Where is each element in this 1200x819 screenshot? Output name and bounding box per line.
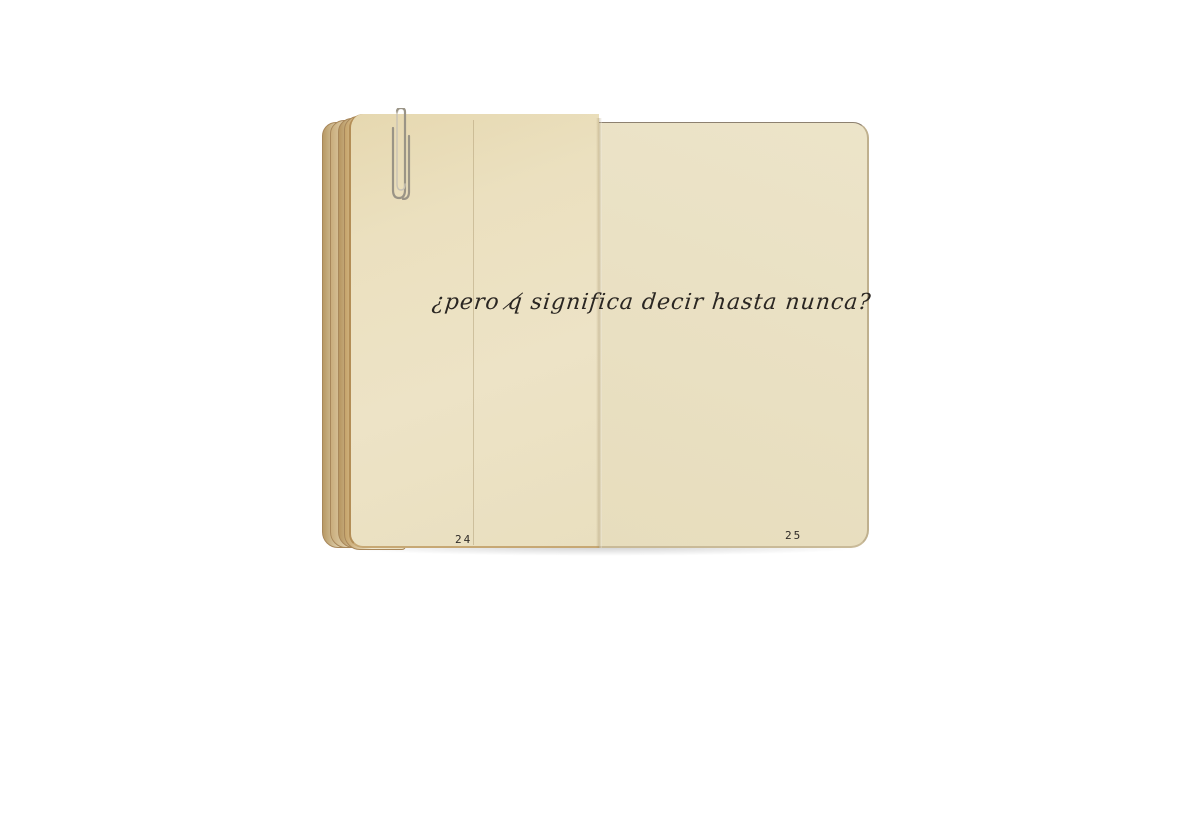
fold-line: [473, 120, 474, 545]
open-notebook: ¿pero q̸ significa decir hasta nunca? 24…: [0, 0, 1200, 819]
page-number-left: 24: [455, 533, 472, 546]
right-page: [599, 122, 869, 548]
left-page: [349, 114, 599, 548]
handwritten-note: ¿pero q̸ significa decir hasta nunca?: [431, 290, 764, 315]
page-number-right: 25: [785, 529, 802, 542]
paperclip-icon: [391, 108, 415, 200]
notebook-gutter: [596, 118, 602, 548]
